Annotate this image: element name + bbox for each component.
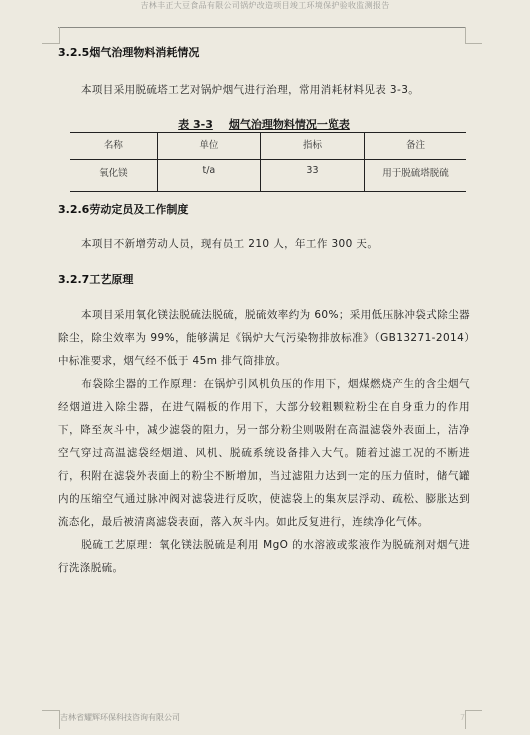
corner-mark-bottom-left xyxy=(42,710,60,729)
paragraph-baghouse-principle: 布袋除尘器的工作原理：在锅炉引风机负压的作用下，烟煤燃烧产生的含尘烟气经烟道进入… xyxy=(58,373,470,534)
page-number: 7 xyxy=(460,712,465,724)
table-caption-number: 表 3-3 xyxy=(178,118,213,131)
paragraph-text: 本项目采用脱硫塔工艺对锅炉烟气进行治理，常用消耗材料见表 3-3。 xyxy=(81,84,419,96)
paragraph-desulfurization-principle: 脱硫工艺原理：氧化镁法脱硫是利用 MgO 的水溶液或浆液作为脱硫剂对烟气进行洗涤… xyxy=(58,534,470,580)
cell-unit: t/a xyxy=(157,160,260,192)
column-header-remark: 备注 xyxy=(364,133,466,160)
paragraph-staffing: 本项目不新增劳动人员，现有员工 210 人，年工作 300 天。 xyxy=(58,233,470,256)
section-heading-3-2-6: 3.2.6劳动定员及工作制度 xyxy=(58,203,188,217)
column-header-amount: 指标 xyxy=(260,133,364,160)
section-heading-3-2-7: 3.2.7工艺原理 xyxy=(58,273,133,287)
column-header-name: 名称 xyxy=(70,133,157,160)
table-caption: 表 3-3烟气治理物料情况一览表 xyxy=(58,118,470,132)
paragraph-text: 本项目采用氧化镁法脱硫法脱硫，脱硫效率约为 60%；采用低压脉冲袋式除尘器除尘，… xyxy=(58,309,470,367)
cell-amount: 33 xyxy=(260,160,364,192)
cell-name: 氧化镁 xyxy=(70,160,157,192)
table-row: 氧化镁 t/a 33 用于脱硫塔脱硫 xyxy=(70,160,466,192)
corner-mark-bottom-right xyxy=(465,710,482,729)
header-rule xyxy=(58,27,466,28)
footer-company-name: 吉林省耀辉环保科技咨询有限公司 xyxy=(60,712,180,724)
page-header-text: 吉林丰正大豆食品有限公司锅炉改造项目竣工环境保护验收监测报告 xyxy=(0,0,530,12)
paragraph-text: 本项目不新增劳动人员，现有员工 210 人，年工作 300 天。 xyxy=(81,238,378,250)
paragraph-consumables-intro: 本项目采用脱硫塔工艺对锅炉烟气进行治理，常用消耗材料见表 3-3。 xyxy=(58,79,470,102)
section-heading-3-2-5: 3.2.5烟气治理物料消耗情况 xyxy=(58,46,199,60)
table-header-row: 名称 单位 指标 备注 xyxy=(70,133,466,160)
consumables-table: 名称 单位 指标 备注 氧化镁 t/a 33 用于脱硫塔脱硫 xyxy=(70,132,466,192)
table-caption-title: 烟气治理物料情况一览表 xyxy=(229,118,350,131)
corner-mark-top-right xyxy=(465,27,482,44)
cell-remark: 用于脱硫塔脱硫 xyxy=(364,160,466,192)
paragraph-process-overview: 本项目采用氧化镁法脱硫法脱硫，脱硫效率约为 60%；采用低压脉冲袋式除尘器除尘，… xyxy=(58,304,470,373)
paragraph-text: 布袋除尘器的工作原理：在锅炉引风机负压的作用下，烟煤燃烧产生的含尘烟气经烟道进入… xyxy=(58,378,470,528)
corner-mark-top-left xyxy=(42,27,60,44)
paragraph-text: 脱硫工艺原理：氧化镁法脱硫是利用 MgO 的水溶液或浆液作为脱硫剂对烟气进行洗涤… xyxy=(58,539,470,574)
column-header-unit: 单位 xyxy=(157,133,260,160)
